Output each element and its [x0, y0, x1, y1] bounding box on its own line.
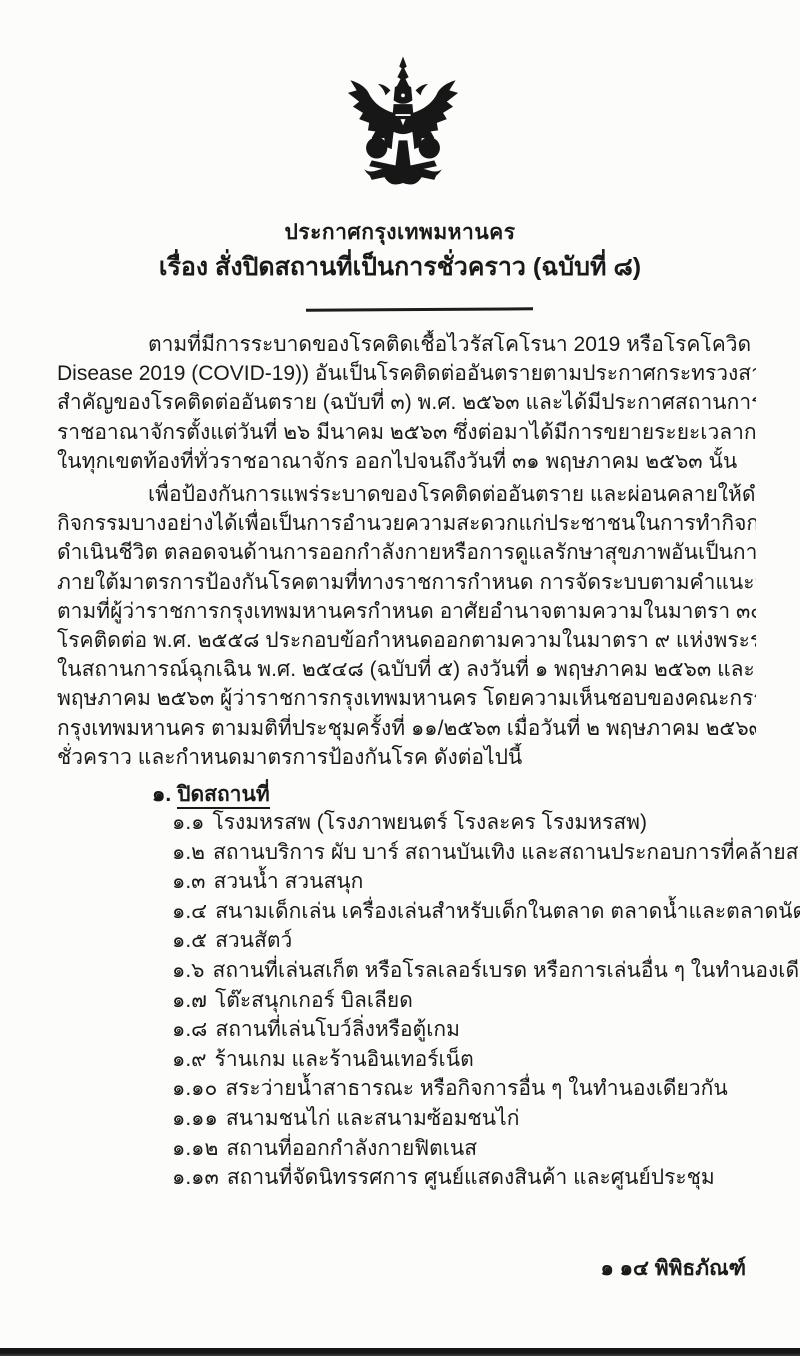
paragraph-line: ตามที่ผู้ว่าราชการกรุงเทพมหานครกำหนด อาศ… — [57, 597, 756, 626]
closed-place-item: ๑.๑โรงมหรสพ (โรงภาพยนตร์ โรงละคร โรงมหรส… — [172, 808, 772, 838]
garuda-emblem-icon — [338, 54, 468, 198]
item-number: ๑.๒ — [172, 841, 205, 864]
item-text: สถานที่เล่นโบว์ลิ่งหรือตู้เกม — [215, 1018, 460, 1041]
item-number: ๑.๙ — [172, 1048, 207, 1071]
item-text: สวนน้ำ สวนสนุก — [214, 870, 364, 893]
item-text: โรงมหรสพ (โรงภาพยนตร์ โรงละคร โรงมหรสพ) — [213, 811, 648, 834]
closed-place-item: ๑.๑๒สถานที่ออกกำลังกายฟิตเนส — [172, 1134, 772, 1164]
announcement-org-title: ประกาศกรุงเทพมหานคร — [0, 216, 800, 249]
closed-place-item: ๑.๑๑สนามชนไก่ และสนามซ้อมชนไก่ — [172, 1104, 772, 1134]
paragraph-line: พฤษภาคม ๒๕๖๓ ผู้ว่าราชการกรุงเทพมหานคร โ… — [57, 684, 756, 713]
item-text: สนามชนไก่ และสนามซ้อมชนไก่ — [226, 1107, 520, 1130]
item-text: สวนสัตว์ — [215, 929, 292, 952]
item-number: ๑.๑๐ — [172, 1077, 217, 1100]
item-text: สนามเด็กเล่น เครื่องเล่นสำหรับเด็กในตลาด… — [215, 900, 800, 923]
closed-place-item: ๑.๓สวนน้ำ สวนสนุก — [172, 867, 772, 897]
item-number: ๑.๔ — [172, 900, 207, 923]
item-number: ๑.๑๓ — [172, 1166, 219, 1189]
title-divider-rule — [306, 307, 533, 311]
closed-place-item: ๑.๘สถานที่เล่นโบว์ลิ่งหรือตู้เกม — [172, 1015, 772, 1045]
item-text: ร้านเกม และร้านอินเทอร์เน็ต — [215, 1048, 474, 1071]
item-text: สถานที่จัดนิทรรศการ ศูนย์แสดงสินค้า และศ… — [227, 1166, 715, 1189]
paragraph-line: Disease 2019 (COVID-19)) อันเป็นโรคติดต่… — [57, 359, 756, 388]
item-number: ๑.๑ — [172, 811, 205, 834]
paragraph-line: เพื่อป้องกันการแพร่ระบาดของโรคติดต่ออันต… — [57, 480, 756, 509]
item-number: ๑.๕ — [172, 929, 207, 952]
item-text: สถานบริการ ผับ บาร์ สถานบันเทิง และสถานป… — [213, 841, 800, 864]
paragraph-line: โรคติดต่อ พ.ศ. ๒๕๕๘ ประกอบข้อกำหนดออกตาม… — [57, 626, 756, 655]
preamble-paragraph: ตามที่มีการระบาดของโรคติดเชื้อไวรัสโคโรน… — [57, 330, 756, 476]
authority-paragraph: เพื่อป้องกันการแพร่ระบาดของโรคติดต่ออันต… — [57, 480, 756, 772]
paragraph-line: ภายใต้มาตรการป้องกันโรคตามที่ทางราชการกำ… — [57, 568, 756, 597]
closed-places-list: ๑.๑โรงมหรสพ (โรงภาพยนตร์ โรงละคร โรงมหรส… — [172, 808, 772, 1193]
margin-note-item-114-museum: ๑ ๑๔ พิพิธภัณฑ์ — [601, 1252, 746, 1285]
paragraph-line: กิจกรรมบางอย่างได้เพื่อเป็นการอำนวยความส… — [57, 509, 756, 538]
closed-place-item: ๑.๗โต๊ะสนุกเกอร์ บิลเลียด — [172, 986, 772, 1016]
paragraph-line: ดำเนินชีวิต ตลอดจนด้านการออกกำลังกายหรือ… — [57, 538, 756, 567]
item-text: สถานที่ออกกำลังกายฟิตเนส — [226, 1137, 477, 1160]
paragraph-line: ชั่วคราว และกำหนดมาตรการป้องกันโรค ดังต่… — [57, 743, 756, 772]
item-number: ๑.๓ — [172, 870, 206, 893]
item-text: สระว่ายน้ำสาธารณะ หรือกิจการอื่น ๆ ในทำน… — [225, 1077, 727, 1100]
closed-place-item: ๑.๙ร้านเกม และร้านอินเทอร์เน็ต — [172, 1045, 772, 1075]
item-number: ๑.๑๑ — [172, 1107, 218, 1130]
paragraph-line: ในทุกเขตท้องที่ทั่วราชอาณาจักร ออกไปจนถึ… — [57, 447, 756, 476]
paragraph-line: ตามที่มีการระบาดของโรคติดเชื้อไวรัสโคโรน… — [57, 330, 756, 359]
announcement-subject-title: เรื่อง สั่งปิดสถานที่เป็นการชั่วคราว (ฉบ… — [0, 247, 800, 287]
scan-edge-artifact — [0, 1346, 800, 1356]
closed-place-item: ๑.๔สนามเด็กเล่น เครื่องเล่นสำหรับเด็กในต… — [172, 897, 772, 927]
paragraph-line: ในสถานการณ์ฉุกเฉิน พ.ศ. ๒๕๔๘ (ฉบับที่ ๕)… — [57, 655, 756, 684]
item-number: ๑.๑๒ — [172, 1137, 218, 1160]
item-number: ๑.๖ — [172, 959, 205, 982]
item-text: สถานที่เล่นสเก็ต หรือโรลเลอร์เบรด หรือกา… — [213, 959, 800, 982]
closed-place-item: ๑.๑๓สถานที่จัดนิทรรศการ ศูนย์แสดงสินค้า … — [172, 1163, 772, 1193]
closed-place-item: ๑.๖สถานที่เล่นสเก็ต หรือโรลเลอร์เบรด หรื… — [172, 956, 772, 986]
paragraph-line: สำคัญของโรคติดต่ออันตราย (ฉบับที่ ๓) พ.ศ… — [57, 388, 756, 417]
closed-place-item: ๑.๕สวนสัตว์ — [172, 926, 772, 956]
section-1-heading: ๑.ปิดสถานที่ — [152, 780, 270, 809]
scanned-announcement-page: ประกาศกรุงเทพมหานคร เรื่อง สั่งปิดสถานที… — [0, 0, 800, 1356]
paragraph-line: กรุงเทพมหานคร ตามมติที่ประชุมครั้งที่ ๑๑… — [57, 714, 756, 743]
item-number: ๑.๗ — [172, 989, 207, 1012]
closed-place-item: ๑.๑๐สระว่ายน้ำสาธารณะ หรือกิจการอื่น ๆ ใ… — [172, 1074, 772, 1104]
paragraph-line: ราชอาณาจักรตั้งแต่วันที่ ๒๖ มีนาคม ๒๕๖๓ … — [57, 418, 756, 447]
closed-place-item: ๑.๒สถานบริการ ผับ บาร์ สถานบันเทิง และสถ… — [172, 838, 772, 868]
item-text: โต๊ะสนุกเกอร์ บิลเลียด — [215, 989, 413, 1012]
section-title: ปิดสถานที่ — [177, 783, 270, 809]
section-number: ๑. — [152, 783, 171, 806]
item-number: ๑.๘ — [172, 1018, 207, 1041]
